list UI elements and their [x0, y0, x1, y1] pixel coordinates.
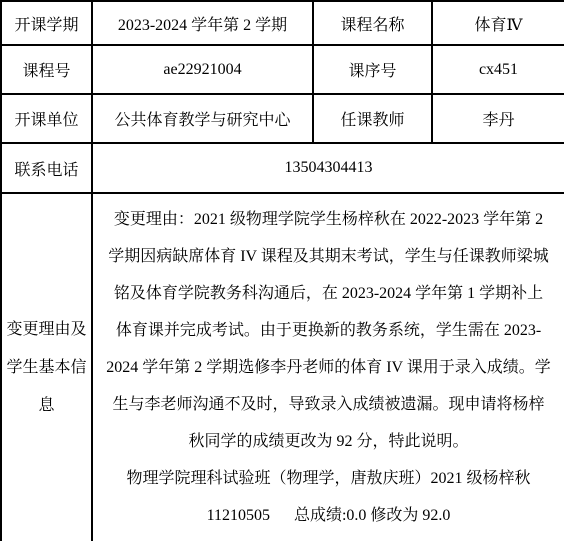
reason-line: 2024 学年第 2 学期选修李丹老师的体育 IV 课用于录入成绩。学: [93, 349, 564, 386]
reason-line: 铭及体育学院教务科沟通后，在 2023-2024 学年第 1 学期补上: [93, 275, 564, 312]
reason-line: 物理学院理科试验班（物理学，唐敖庆班）2021 级杨梓秋: [93, 460, 564, 497]
semester-label: 开课学期: [1, 1, 92, 45]
course-name-label: 课程名称: [313, 1, 432, 45]
course-change-form-table: 开课学期 2023-2024 学年第 2 学期 课程名称 体育Ⅳ 课程号 ae2…: [0, 0, 564, 541]
reason-line: 秋同学的成绩更改为 92 分，特此说明。: [93, 423, 564, 460]
row-course-number: 课程号 ae22921004 课序号 cx451: [1, 45, 564, 94]
class-number-value: cx451: [432, 45, 564, 94]
course-number-value: ae22921004: [92, 45, 313, 94]
course-name-value: 体育Ⅳ: [432, 1, 564, 45]
teacher-value: 李丹: [432, 94, 564, 143]
reason-line: 学期因病缺席体育 IV 课程及其期末考试，学生与任课教师梁城: [93, 238, 564, 275]
course-number-label: 课程号: [1, 45, 92, 94]
phone-label: 联系电话: [1, 143, 92, 193]
reason-line: 11210505 总成绩:0.0 修改为 92.0: [93, 497, 564, 534]
unit-label: 开课单位: [1, 94, 92, 143]
reason-text: 变更理由：2021 级物理学院学生杨梓秋在 2022-2023 学年第 2学期因…: [93, 201, 564, 534]
row-unit-teacher: 开课单位 公共体育教学与研究中心 任课教师 李丹: [1, 94, 564, 143]
reason-label: 变更理由及学生基本信息: [1, 193, 92, 541]
row-reason: 变更理由及学生基本信息 变更理由：2021 级物理学院学生杨梓秋在 2022-2…: [1, 193, 564, 541]
unit-value: 公共体育教学与研究中心: [92, 94, 313, 143]
row-semester: 开课学期 2023-2024 学年第 2 学期 课程名称 体育Ⅳ: [1, 1, 564, 45]
phone-value: 13504304413: [92, 143, 564, 193]
reason-line: 体育课并完成考试。由于更换新的教务系统，学生需在 2023-: [93, 312, 564, 349]
reason-line: 生与李老师沟通不及时，导致录入成绩被遗漏。现申请将杨梓: [93, 386, 564, 423]
grade-change-form-page: 开课学期 2023-2024 学年第 2 学期 课程名称 体育Ⅳ 课程号 ae2…: [0, 0, 564, 541]
semester-value: 2023-2024 学年第 2 学期: [92, 1, 313, 45]
row-phone: 联系电话 13504304413: [1, 143, 564, 193]
reason-text-cell: 变更理由：2021 级物理学院学生杨梓秋在 2022-2023 学年第 2学期因…: [92, 193, 564, 541]
teacher-label: 任课教师: [313, 94, 432, 143]
reason-line: 变更理由：2021 级物理学院学生杨梓秋在 2022-2023 学年第 2: [93, 201, 564, 238]
class-number-label: 课序号: [313, 45, 432, 94]
